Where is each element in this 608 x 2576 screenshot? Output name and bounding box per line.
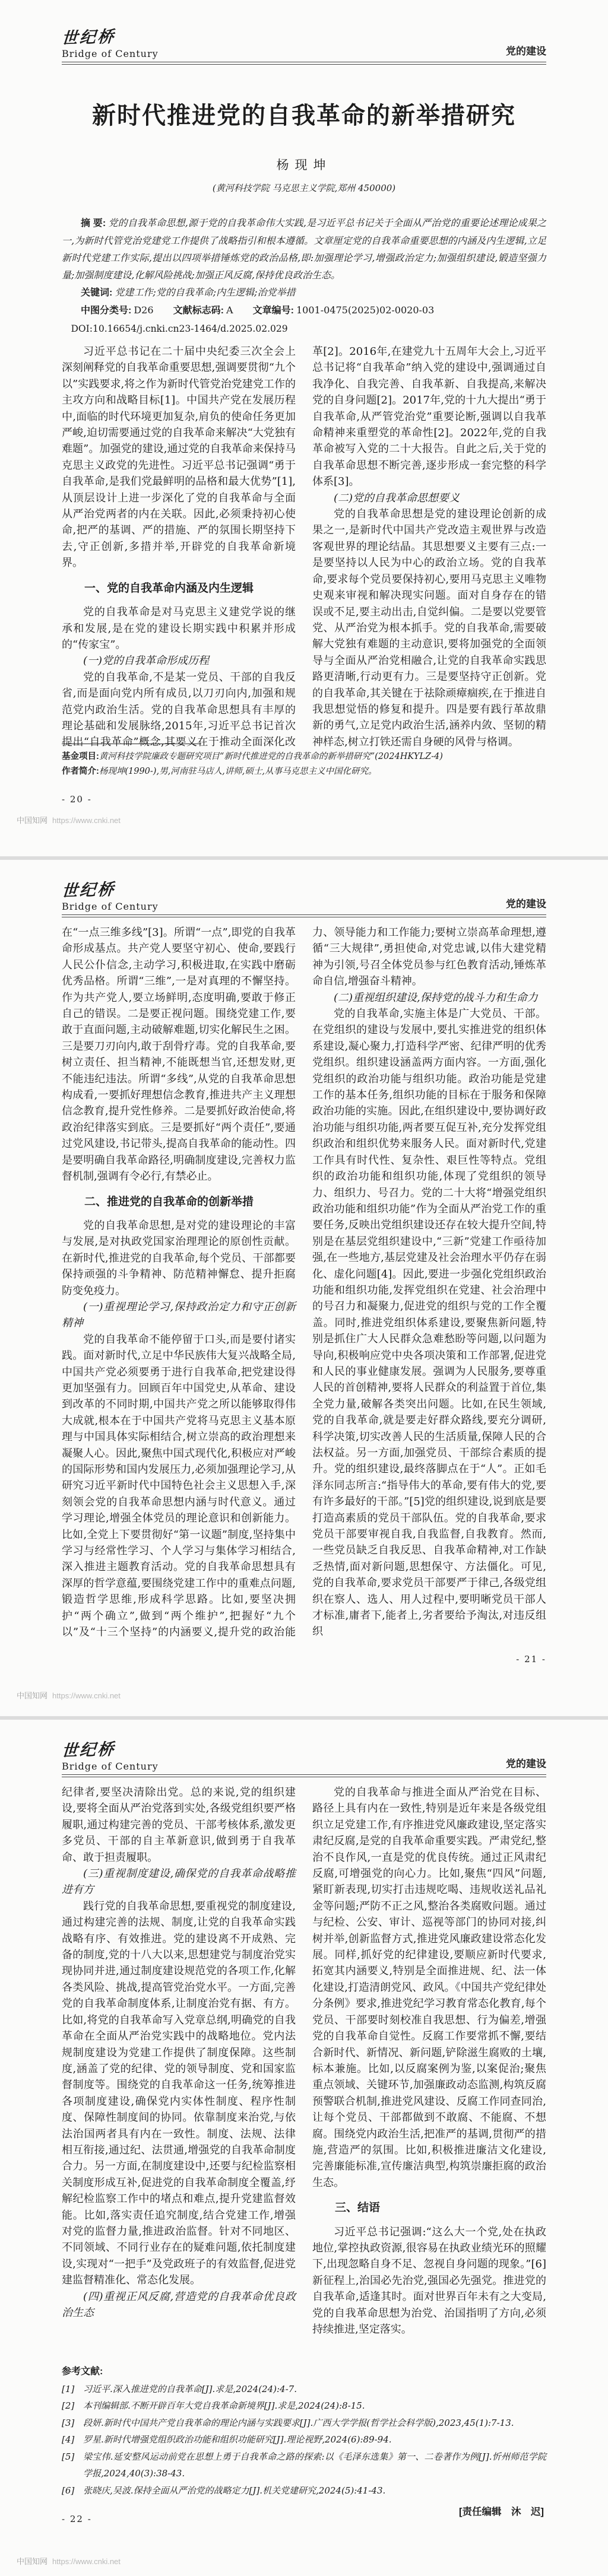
- references-list: [1]习近平.深入推进党的自我革命[J].求是,2024(24):4-7.[2]…: [62, 2381, 546, 2499]
- body-columns-page-3: 纪律者,要坚决清除出党。总的来说,党的组织建设,要将全面从严治党落到实处,各级党…: [62, 1784, 546, 2354]
- sub-heading: (三)重视制度建设,确保党的自我革命战略推进有方: [62, 1866, 296, 1898]
- reference-text: 张晓庆,吴波.保持全面从严治党的战略定力[J].机关党建研究,2024(5):4…: [83, 2482, 546, 2499]
- reference-text: 罗星.新时代增强党组织政治功能和组织功能研究[J].理论视野,2024(6):8…: [83, 2431, 546, 2448]
- page-number: - 21 -: [516, 1654, 546, 1665]
- section-heading: 三、结语: [312, 2200, 546, 2216]
- body-paragraph: 党的自我革命与推进全面从严治党在目标、路径上具有内在一致性,特别是近年来是各级党…: [312, 1784, 546, 2191]
- doi-line: DOI:10.16654/j.cnki.cn23-1464/d.2025.02.…: [62, 320, 546, 338]
- fund-label: 基金项目:: [62, 752, 99, 761]
- sub-heading: (四)重视正风反腐,营造党的自我革命优良政治生态: [62, 2289, 296, 2321]
- doc-code-label: 文献标志码:: [173, 306, 224, 316]
- journal-logo: 世纪桥 Bridge of Century: [62, 882, 159, 911]
- body-columns-page-2: 在“一点三维多线”[3]。所谓“一点”,即党的自我革命形成基点。共产党人要坚守初…: [62, 925, 546, 1660]
- body-paragraph: 党的自我革命是对马克思主义建党学说的继承和发展,是在党的建设长期实践中积累并形成…: [62, 604, 296, 653]
- fund-note: 基金项目:黄河科技学院廉政专题研究项目“新时代推进党的自我革命的新举措研究”(2…: [62, 749, 546, 764]
- header-rule: [62, 1774, 546, 1777]
- header-rule: [62, 62, 546, 65]
- journal-section-label: 党的建设: [506, 1755, 546, 1771]
- abstract: 摘 要:党的自我革命思想,源于党的自我革命伟大实践,是习近平总书记关于全面从严治…: [62, 214, 546, 284]
- cnki-watermark-cn: 中国知网: [17, 816, 47, 825]
- section-heading: 二、推进党的自我革命的创新举措: [62, 1194, 296, 1210]
- abstract-label: 摘 要:: [81, 218, 106, 228]
- article-id-label: 文章编号:: [253, 306, 294, 316]
- journal-logo: 世纪桥 Bridge of Century: [62, 1742, 159, 1771]
- article-affiliation: (黄河科技学院 马克思主义学院,郑州 450000): [62, 182, 546, 194]
- cnki-watermark: 中国知网https://www.cnki.net: [17, 1689, 121, 1701]
- header-rule: [62, 914, 546, 917]
- keywords-label: 关键词:: [81, 288, 112, 298]
- front-matter: 摘 要:党的自我革命思想,源于党的自我革命伟大实践,是习近平总书记关于全面从严治…: [62, 214, 546, 338]
- body-paragraph: 在“一点三维多线”[3]。所谓“一点”,即党的自我革命形成基点。共产党人要坚守初…: [62, 925, 296, 1185]
- article-id-value: 1001-0475(2025)02-0020-03: [296, 304, 434, 316]
- clc-label: 中图分类号:: [81, 306, 131, 316]
- reference-number: [2]: [62, 2397, 83, 2415]
- fund-text: 黄河科技学院廉政专题研究项目“新时代推进党的自我革命的新举措研究”(2024HK…: [99, 752, 443, 761]
- cnki-watermark-url: https://www.cnki.net: [52, 816, 121, 825]
- page-number: - 22 -: [62, 2514, 92, 2524]
- reference-item: [5]梁宝伟.延安整风运动前党在思想上勇于自我革命之路的探索:以《毛泽东选集》第…: [62, 2448, 546, 2482]
- journal-page-1: 世纪桥 Bridge of Century 党的建设 新时代推进党的自我革命的新…: [0, 0, 608, 856]
- footnote-rule: [62, 744, 201, 744]
- sub-heading: (二)党的自我革命思想要义: [312, 490, 546, 506]
- bio-label: 作者简介:: [62, 767, 99, 776]
- cnki-watermark-url: https://www.cnki.net: [52, 2557, 121, 2566]
- reference-text: 梁宝伟.延安整风运动前党在思想上勇于自我革命之路的探索:以《毛泽东选集》第一、二…: [83, 2448, 546, 2482]
- reference-text: 习近平.深入推进党的自我革命[J].求是,2024(24):4-7.: [83, 2381, 546, 2398]
- reference-number: [1]: [62, 2381, 83, 2398]
- body-paragraph: 践行党的自我革命思想,要重视党的制度建设,通过构建完善的法规、制度,让党的自我革…: [62, 1898, 296, 2289]
- cnki-watermark: 中国知网https://www.cnki.net: [17, 814, 121, 825]
- body-paragraph: 党的自我革命思想,是对党的建设理论的丰富与发展,是对执政党国家治理理论的原创性贡…: [62, 1218, 296, 1299]
- journal-logo-en: Bridge of Century: [62, 1762, 159, 1771]
- journal-page-2: 世纪桥 Bridge of Century 党的建设 在“一点三维多线”[3]。…: [0, 860, 608, 1716]
- cnki-watermark: 中国知网https://www.cnki.net: [17, 2555, 121, 2567]
- sub-heading: (二)重视组织建设,保持党的战斗力和生命力: [312, 990, 546, 1006]
- reference-number: [3]: [62, 2415, 83, 2432]
- cnki-watermark-cn: 中国知网: [17, 2557, 47, 2566]
- doc-code-value: A: [226, 304, 233, 316]
- body-paragraph: 习近平总书记在二十届中央纪委三次全会上深刻阐释党的自我革命重要思想,强调要贯彻“…: [62, 344, 296, 571]
- body-paragraph: 习近平总书记强调:“这么大一个党,处在执政地位,掌控执政资源,很容易在执政业绩光…: [312, 2224, 546, 2338]
- reference-item: [1]习近平.深入推进党的自我革命[J].求是,2024(24):4-7.: [62, 2381, 546, 2398]
- article-author: 杨现坤: [62, 155, 546, 173]
- reference-number: [4]: [62, 2431, 83, 2448]
- reference-item: [6]张晓庆,吴波.保持全面从严治党的战略定力[J].机关党建研究,2024(5…: [62, 2482, 546, 2499]
- body-paragraph: 党的自我革命思想是党的建设理论创新的成果之一,是新时代中国共产党改造主观世界与改…: [312, 506, 546, 750]
- journal-logo-en: Bridge of Century: [62, 49, 159, 59]
- reference-item: [2]本刊编辑部.不断开辟百年大党自我革命新境界[J].求是,2024(24):…: [62, 2397, 546, 2415]
- cnki-watermark-url: https://www.cnki.net: [52, 1691, 121, 1700]
- editor-credit: [责任编辑 沐 迟]: [62, 2504, 546, 2521]
- reference-item: [4]罗星.新时代增强党组织政治功能和组织功能研究[J].理论视野,2024(6…: [62, 2431, 546, 2448]
- reference-text: 段妍.新时代中国共产党自我革命的理论内涵与实践要求[J].广西大学学报(哲学社会…: [83, 2415, 546, 2432]
- reference-number: [5]: [62, 2448, 83, 2482]
- body-columns-page-1: 习近平总书记在二十届中央纪委三次全会上深刻阐释党的自我革命重要思想,强调要贯彻“…: [62, 344, 546, 762]
- journal-section-label: 党的建设: [506, 895, 546, 911]
- keywords: 关键词:党建工作;党的自我革命;内生逻辑;治党举措: [62, 284, 546, 301]
- page-header: 世纪桥 Bridge of Century 党的建设: [62, 860, 546, 911]
- classification-line: 中图分类号:D26 文献标志码:A 文章编号:1001-0475(2025)02…: [62, 301, 546, 319]
- sub-heading: (一)重视理论学习,保持政治定力和守正创新精神: [62, 1299, 296, 1332]
- author-bio-note: 作者简介:杨现坤(1990-),男,河南驻马店人,讲师,硕士,从事马克思主义中国…: [62, 764, 546, 779]
- page-header: 世纪桥 Bridge of Century 党的建设: [62, 0, 546, 59]
- page-header: 世纪桥 Bridge of Century 党的建设: [62, 1720, 546, 1771]
- journal-logo-en: Bridge of Century: [62, 902, 159, 911]
- article-title: 新时代推进党的自我革命的新举措研究: [62, 97, 546, 131]
- journal-section-label: 党的建设: [506, 43, 546, 59]
- references-section: 参考文献: [1]习近平.深入推进党的自我革命[J].求是,2024(24):4…: [62, 2364, 546, 2521]
- journal-logo-cn: 世纪桥: [61, 28, 116, 46]
- abstract-text: 党的自我革命思想,源于党的自我革命伟大实践,是习近平总书记关于全面从严治党的重要…: [62, 217, 546, 281]
- journal-logo-cn: 世纪桥: [61, 1741, 116, 1759]
- references-label: 参考文献:: [62, 2364, 546, 2381]
- reference-item: [3]段妍.新时代中国共产党自我革命的理论内涵与实践要求[J].广西大学学报(哲…: [62, 2415, 546, 2432]
- bio-text: 杨现坤(1990-),男,河南驻马店人,讲师,硕士,从事马克思主义中国化研究。: [99, 767, 377, 776]
- sub-heading: (一)党的自我革命形成历程: [62, 653, 296, 669]
- journal-page-3: 世纪桥 Bridge of Century 党的建设 纪律者,要坚决清除出党。总…: [0, 1720, 608, 2576]
- journal-logo: 世纪桥 Bridge of Century: [62, 30, 159, 59]
- journal-logo-cn: 世纪桥: [61, 881, 116, 899]
- reference-number: [6]: [62, 2482, 83, 2499]
- keywords-text: 党建工作;党的自我革命;内生逻辑;治党举措: [115, 287, 295, 298]
- reference-text: 本刊编辑部.不断开辟百年大党自我革命新境界[J].求是,2024(24):8-1…: [83, 2397, 546, 2415]
- page-number: - 20 -: [62, 794, 92, 805]
- cnki-watermark-cn: 中国知网: [17, 1691, 47, 1700]
- footnote-block: 基金项目:黄河科技学院廉政专题研究项目“新时代推进党的自我革命的新举措研究”(2…: [62, 744, 546, 779]
- section-heading: 一、党的自我革命内涵及内生逻辑: [62, 580, 296, 596]
- body-paragraph: 纪律者,要坚决清除出党。总的来说,党的组织建设,要将全面从严治党落到实处,各级党…: [62, 1784, 296, 1866]
- clc-value: D26: [134, 304, 153, 316]
- body-paragraph: 党的自我革命,实施主体是广大党员、干部。在党组织的建设与发展中,要扎实推进党的组…: [312, 1006, 546, 1640]
